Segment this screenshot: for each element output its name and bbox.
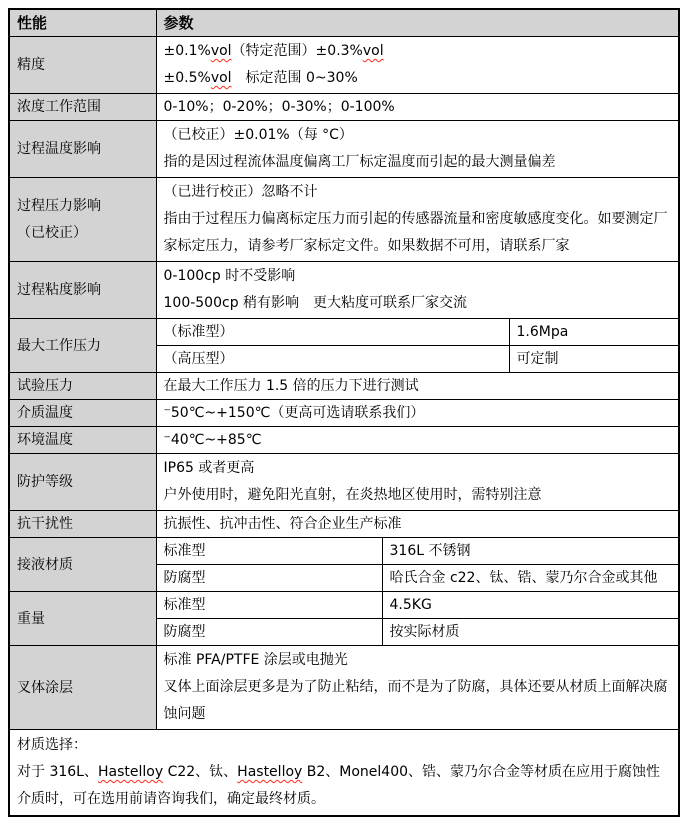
material-note-text: C22、钛、 [163,764,237,780]
viscosity-effect-label: 过程粘度影响 [9,262,156,319]
document-page: 性能 参数 精度 ±0.1%vol（特定范围）±0.3%vol ±0.5%vol… [0,0,691,726]
test-pressure-value: 在最大工作压力 1.5 倍的压力下进行测试 [156,373,679,400]
row-process-pressure-effect: 过程压力影响 （已校正） （已进行校正）忽略不计 指由于过程压力偏离标定压力而引… [9,178,679,262]
protection-line1: IP65 或者更高 [164,455,672,482]
accuracy-text: ±0.5% [164,70,211,86]
protection-value-cell: IP65 或者更高 户外使用时，避免阳光直射，在炎热地区使用时，需特别注意 [156,454,679,511]
weight-anti-type: 防腐型 [156,619,382,646]
pressure-effect-line1: （已进行校正）忽略不计 [164,179,672,206]
row-medium-temp: 介质温度 ⁻50℃~+150℃（更高可选请联系我们） [9,400,679,427]
row-material-note: 材质选择： 对于 316L、Hastelloy C22、钛、Hastelloy … [9,730,679,817]
pressure-effect-line2: 指由于过程压力偏离标定压力而引起的传感器流量和密度敏感度变化。如要测定厂家标定压… [164,206,672,260]
wetted-material-anti-value: 哈氏合金 c22、钛、锆、蒙乃尔合金或其他 [382,565,679,592]
temp-effect-value-cell: （已校正）±0.01%（每 °C） 指的是因过程流体温度偏离工厂标定温度而引起的… [156,121,679,178]
temp-effect-line2: 指的是因过程流体温度偏离工厂标定温度而引起的最大测量偏差 [164,149,672,176]
wetted-material-std-value: 316L 不锈钢 [382,538,679,565]
material-note-cell: 材质选择： 对于 316L、Hastelloy C22、钛、Hastelloy … [9,730,679,817]
row-protection-rating: 防护等级 IP65 或者更高 户外使用时，避免阳光直射，在炎热地区使用时，需特别… [9,454,679,511]
spellcheck-word-vol: vol [363,43,384,59]
medium-temp-label: 介质温度 [9,400,156,427]
accuracy-value-cell: ±0.1%vol（特定范围）±0.3%vol ±0.5%vol 标定范围 0~3… [156,37,679,94]
material-note-text: 对于 316L、 [17,764,98,780]
accuracy-text: 标定范围 0~30% [232,70,358,86]
row-ambient-temp: 环境温度 ⁻40℃~+85℃ [9,427,679,454]
interference-value: 抗振性、抗冲击性、符合企业生产标准 [156,511,679,538]
accuracy-text: （特定范围）±0.3% [232,43,363,59]
row-concentration-range: 浓度工作范围 0-10%；0-20%；0-30%；0-100% [9,94,679,121]
spec-table: 性能 参数 精度 ±0.1%vol（特定范围）±0.3%vol ±0.5%vol… [8,8,680,817]
concentration-value: 0-10%；0-20%；0-30%；0-100% [156,94,679,121]
header-cell-performance: 性能 [9,9,156,37]
pressure-effect-label-line1: 过程压力影响 [17,193,149,220]
weight-label: 重量 [9,592,156,646]
row-max-pressure-standard: 最大工作压力 （标准型） 1.6Mpa [9,319,679,346]
spellcheck-word-vol: vol [211,70,232,86]
interference-label: 抗干扰性 [9,511,156,538]
test-pressure-label: 试验压力 [9,373,156,400]
weight-std-type: 标准型 [156,592,382,619]
row-weight-standard: 重量 标准型 4.5KG [9,592,679,619]
pressure-effect-label-line2: （已校正） [17,220,149,247]
wetted-material-anti-type: 防腐型 [156,565,382,592]
concentration-label: 浓度工作范围 [9,94,156,121]
row-interference-resistance: 抗干扰性 抗振性、抗冲击性、符合企业生产标准 [9,511,679,538]
viscosity-effect-value-cell: 0-100cp 时不受影响 100-500cp 稍有影响 更大粘度可联系厂家交流 [156,262,679,319]
header-cell-parameter: 参数 [156,9,679,37]
medium-temp-value: ⁻50℃~+150℃（更高可选请联系我们） [156,400,679,427]
row-accuracy: 精度 ±0.1%vol（特定范围）±0.3%vol ±0.5%vol 标定范围 … [9,37,679,94]
spellcheck-word-hastelloy: Hastelloy [237,764,302,780]
max-pressure-label: 最大工作压力 [9,319,156,373]
max-pressure-std-value: 1.6Mpa [509,319,679,346]
pressure-effect-value-cell: （已进行校正）忽略不计 指由于过程压力偏离标定压力而引起的传感器流量和密度敏感度… [156,178,679,262]
pressure-effect-label-cell: 过程压力影响 （已校正） [9,178,156,262]
wetted-material-label: 接液材质 [9,538,156,592]
protection-line2: 户外使用时，避免阳光直射，在炎热地区使用时，需特别注意 [164,482,672,509]
fork-coating-line1: 标准 PFA/PTFE 涂层或电抛光 [164,647,672,674]
weight-std-value: 4.5KG [382,592,679,619]
max-pressure-std-type: （标准型） [156,319,509,346]
spellcheck-word-vol: vol [211,43,232,59]
spellcheck-word-hastelloy: Hastelloy [98,764,163,780]
fork-coating-label: 叉体涂层 [9,646,156,730]
material-note-body: 对于 316L、Hastelloy C22、钛、Hastelloy B2、Mon… [17,759,671,813]
row-process-temp-effect: 过程温度影响 （已校正）±0.01%（每 °C） 指的是因过程流体温度偏离工厂标… [9,121,679,178]
max-pressure-hp-type: （高压型） [156,346,509,373]
accuracy-line1: ±0.1%vol（特定范围）±0.3%vol [164,38,672,65]
accuracy-line2: ±0.5%vol 标定范围 0~30% [164,65,672,92]
row-fork-coating: 叉体涂层 标准 PFA/PTFE 涂层或电抛光 叉体上面涂层更多是为了防止粘结，… [9,646,679,730]
viscosity-effect-line1: 0-100cp 时不受影响 [164,263,672,290]
max-pressure-hp-value: 可定制 [509,346,679,373]
wetted-material-std-type: 标准型 [156,538,382,565]
temp-effect-line1: （已校正）±0.01%（每 °C） [164,122,672,149]
weight-anti-value: 按实际材质 [382,619,679,646]
viscosity-effect-line2: 100-500cp 稍有影响 更大粘度可联系厂家交流 [164,290,672,317]
temp-effect-label: 过程温度影响 [9,121,156,178]
material-note-title: 材质选择： [17,732,671,759]
protection-label: 防护等级 [9,454,156,511]
row-wetted-material-standard: 接液材质 标准型 316L 不锈钢 [9,538,679,565]
accuracy-label: 精度 [9,37,156,94]
ambient-temp-label: 环境温度 [9,427,156,454]
accuracy-text: ±0.1% [164,43,211,59]
fork-coating-line2: 叉体上面涂层更多是为了防止粘结，而不是为了防腐，具体还要从材质上面解决腐蚀问题 [164,674,672,728]
fork-coating-value-cell: 标准 PFA/PTFE 涂层或电抛光 叉体上面涂层更多是为了防止粘结，而不是为了… [156,646,679,730]
ambient-temp-value: ⁻40℃~+85℃ [156,427,679,454]
row-viscosity-effect: 过程粘度影响 0-100cp 时不受影响 100-500cp 稍有影响 更大粘度… [9,262,679,319]
header-row: 性能 参数 [9,9,679,37]
row-test-pressure: 试验压力 在最大工作压力 1.5 倍的压力下进行测试 [9,373,679,400]
